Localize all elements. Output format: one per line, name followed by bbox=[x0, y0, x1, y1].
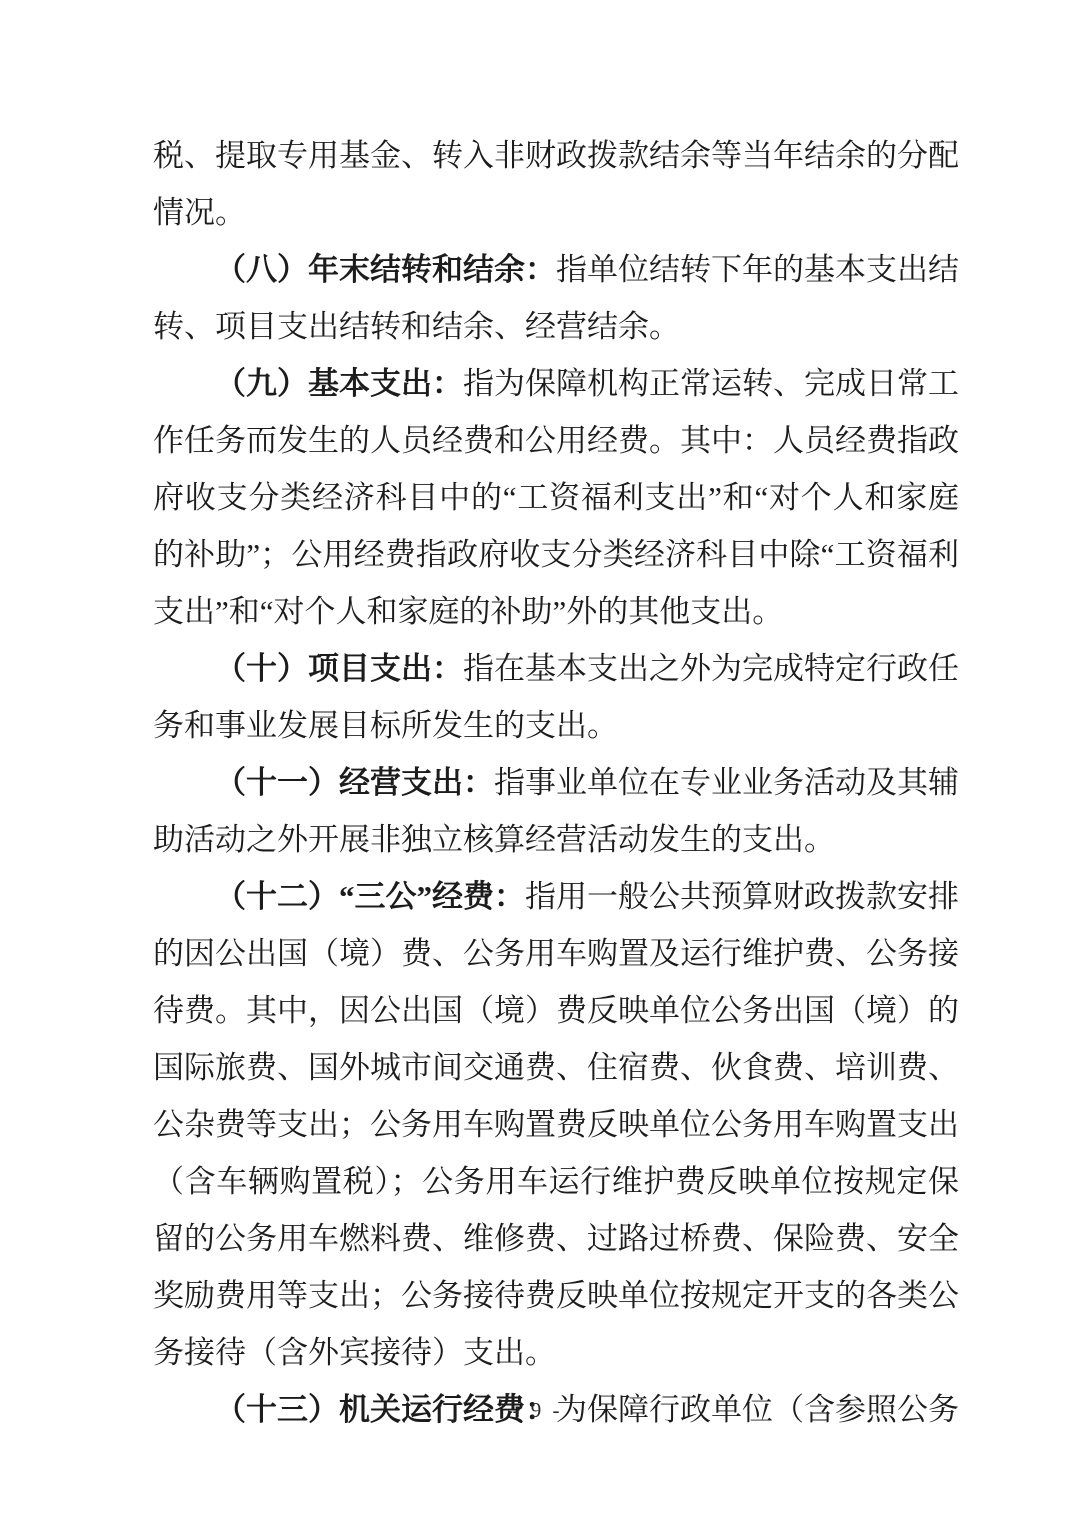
paragraph-lead: （十二）“三公”经费： bbox=[215, 879, 525, 914]
document-page: 税、提取专用基金、转入非财政拨款结余等当年结余的分配情况。 （八）年末结转和结余… bbox=[0, 0, 1075, 1520]
paragraph-lead: （九）基本支出： bbox=[215, 366, 463, 401]
paragraph: （十二）“三公”经费：指用一般公共预算财政拨款安排的因公出国（境）费、公务用车购… bbox=[153, 868, 959, 1381]
paragraph-text: 指为保障机构正常运转、完成日常工作任务而发生的人员经费和公用经费。其中：人员经费… bbox=[153, 366, 959, 629]
paragraph: （十）项目支出：指在基本支出之外为完成特定行政任务和事业发展目标所发生的支出。 bbox=[153, 640, 959, 754]
paragraph: （十一）经营支出：指事业单位在专业业务活动及其辅助活动之外开展非独立核算经营活动… bbox=[153, 754, 959, 868]
paragraph-lead: （十）项目支出： bbox=[215, 651, 463, 686]
page-number: - 9 - bbox=[0, 1398, 1075, 1423]
paragraph-text: 指用一般公共预算财政拨款安排的因公出国（境）费、公务用车购置及运行维护费、公务接… bbox=[153, 879, 959, 1370]
paragraph: （八）年末结转和结余：指单位结转下年的基本支出结转、项目支出结转和结余、经营结余… bbox=[153, 241, 959, 355]
paragraph-lead: （十一）经营支出： bbox=[215, 765, 494, 800]
paragraph-text: 税、提取专用基金、转入非财政拨款结余等当年结余的分配情况。 bbox=[153, 138, 959, 230]
paragraph: 税、提取专用基金、转入非财政拨款结余等当年结余的分配情况。 bbox=[153, 127, 959, 241]
document-body: 税、提取专用基金、转入非财政拨款结余等当年结余的分配情况。 （八）年末结转和结余… bbox=[153, 127, 959, 1438]
paragraph: （九）基本支出：指为保障机构正常运转、完成日常工作任务而发生的人员经费和公用经费… bbox=[153, 355, 959, 640]
paragraph-lead: （八）年末结转和结余： bbox=[215, 252, 556, 287]
